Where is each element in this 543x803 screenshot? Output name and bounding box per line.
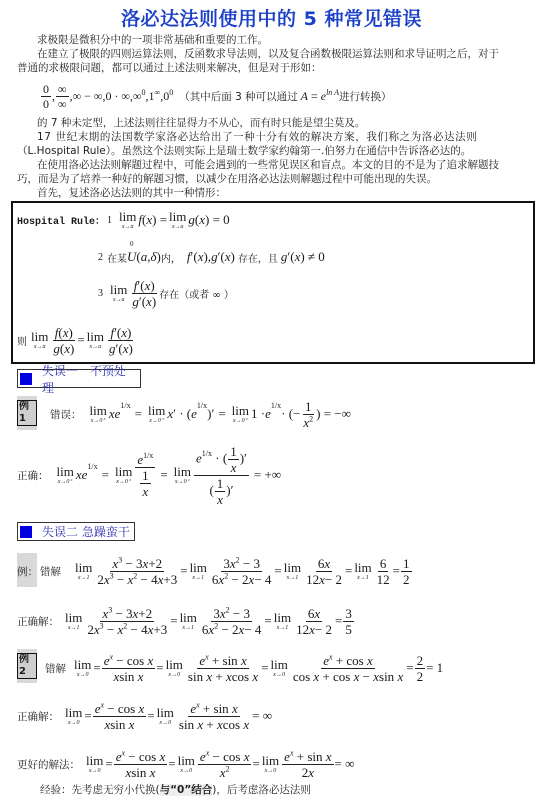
section-square-icon	[20, 526, 32, 538]
example-2-wrong-label: 错解	[45, 661, 66, 676]
cond2-prefix: 在某	[107, 250, 127, 265]
example-1-right-label: 正确：	[17, 468, 49, 483]
cond3-suffix: 存在（或者 ∞ ）	[159, 286, 234, 301]
example-poly-right-label: 正确解：	[17, 614, 59, 629]
section-heading-2-text: 失误二 急躁蛮干	[42, 523, 130, 540]
indeterminate-note: （其中后面 3 种可以通过	[179, 89, 297, 104]
example-2-tag: 例 2	[17, 649, 37, 683]
example-poly-tag: 例：	[17, 564, 38, 579]
experience-prefix: 经验：先考虑无穷小代换(	[40, 784, 160, 796]
example-2-wrong: 错解 limx→0 = ex − cos xxsin x = limx→0 ex…	[45, 649, 443, 687]
section-square-icon	[20, 373, 32, 385]
indeterminate-forms: 00, ∞∞ ,∞ − ∞,0 · ∞,∞0,1∞,00 （其中后面 3 种可以…	[40, 80, 392, 112]
cond2-mid: 内，	[161, 250, 181, 265]
cond1-number: 1	[107, 215, 112, 226]
experience-suffix: )，后考虑洛必达法则	[212, 784, 311, 796]
intro-line-2: 在建立了极限的四则运算法则，反函数求导法则，以及复合函数极限运算法则和求导证明之…	[37, 47, 499, 61]
example-2-tag-text: 例 2	[17, 653, 37, 679]
example-1-right: 正确： limx→0⁺ xe1/x = limx→0⁺ e1/x1x = lim…	[17, 445, 281, 505]
example-poly-right: 正确解： limx→1 x3 − 3x+22x3 − x2 − 4x+3 = l…	[17, 602, 355, 640]
rule-label: Hospital Rule：	[17, 212, 105, 228]
body-line-5: 巧，而是为了培养一种好的解题习惯，以减少在用洛必达法则解题过程中可能出现的失误。	[17, 172, 437, 186]
example-2-better-label: 更好的解法：	[17, 757, 80, 772]
experience-highlight: 与“0”结合	[160, 784, 213, 796]
example-poly-wrong-label: 错解	[40, 564, 61, 579]
cond3-number: 3	[98, 288, 103, 299]
conclusion-prefix: 则	[17, 333, 27, 348]
example-1-tag: 例 1	[17, 396, 37, 430]
cond2-exists: 存在，且	[238, 250, 278, 265]
rule-condition-2: 2 在某 0U(a,δ) 内， f′(x),g′(x) 存在，且 g′(x) ≠…	[98, 242, 325, 272]
example-2-better: 更好的解法： limx→0 = ex − cos xxsin x = limx→…	[17, 745, 354, 783]
rule-conclusion: 则 limx→a f(x)g(x) = limx→a f′(x)g′(x)	[17, 322, 136, 358]
section-heading-1: 失误一 不预处理	[17, 369, 141, 388]
section-heading-2: 失误二 急躁蛮干	[17, 522, 135, 541]
body-line-1: 的 7 种未定型，上述法则往往显得力不从心，而有时只能是望尘莫及。	[37, 116, 365, 130]
body-line-3: （L.Hospital Rule）。虽然这个法则实际上是瑞士数学家约翰第一.伯努…	[17, 144, 471, 158]
example-1-wrong: 错误： limx→0⁺ xe1/x = limx→0⁺ x′ · (e1/x)′…	[50, 396, 351, 432]
example-poly-wrong: 例： 错解 limx→1 x3 − 3x+22x3 − x2 − 4x+3 = …	[17, 552, 413, 590]
rule-condition-3: 3 limx→a f′(x)g′(x) 存在（或者 ∞ ）	[98, 275, 234, 311]
rule-condition-1: Hospital Rule： 1 limx→af(x) = limx→ag(x)…	[17, 206, 230, 234]
example-2-right: 正确解： limx→0 = ex − cos xxsin x = limx→0 …	[17, 697, 272, 735]
page-title: 洛必达法则使用中的 5 种常见错误	[0, 4, 543, 31]
example-2-right-label: 正确解：	[17, 709, 59, 724]
intro-line-3: 普通的求极限问题，都可以通过上述法则来解决，但是对于形如：	[17, 61, 322, 75]
intro-line-1: 求极限是微积分中的一项非常基础和重要的工作。	[37, 33, 268, 47]
example-1-wrong-label: 错误：	[50, 407, 82, 422]
indeterminate-note-end: 进行转换）	[339, 89, 392, 104]
example-1-tag-text: 例 1	[17, 400, 37, 426]
body-line-6: 首先，复述洛必达法则的其中一种情形：	[37, 186, 226, 200]
section-heading-1-text: 失误一 不预处理	[42, 362, 137, 396]
body-line-2: 17 世纪末期的法国数学家洛必达给出了一种十分有效的解决方案，我们称之为洛必达法…	[37, 130, 477, 144]
cond2-number: 2	[98, 252, 103, 263]
body-line-4: 在使用洛必达法则解题过程中，可能会遇到的一些常见误区和盲点。本文的目的不是为了追…	[37, 158, 499, 172]
experience-note: 经验：先考虑无穷小代换(与“0”结合)，后考虑洛必达法则	[40, 783, 311, 797]
